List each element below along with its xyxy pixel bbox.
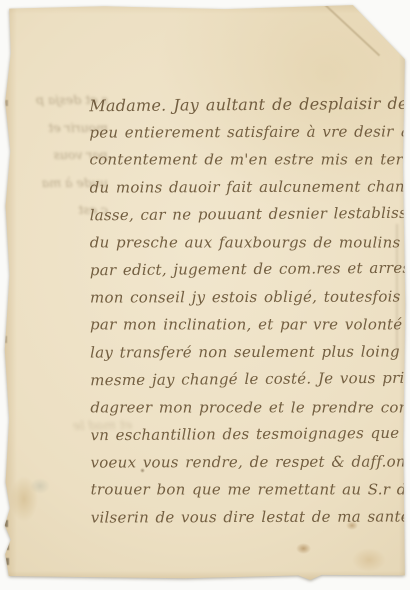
stain-smudge [30, 478, 50, 494]
letter-line: vilserin de vous dire lestat de ma santé [91, 503, 409, 532]
letter-line: mesme jay changé le costé. Je vous prie … [90, 365, 408, 395]
letter-line: dagreer mon procede et le prendre comme [90, 394, 408, 422]
stain-spot [352, 548, 386, 572]
letter-line: mon conseil jy estois obligé, toutesfois… [90, 283, 408, 312]
photo-background: s et desja p mourir et par vous uude à m… [0, 0, 410, 590]
letter-line: du moins dauoir fait aulcunement changer [90, 173, 408, 202]
letter-line: lasse, car ne pouuant desnier lestabliss… [90, 200, 408, 230]
letter-line: Madame. Jay aultant de desplaisir de nau… [89, 90, 407, 120]
edge-notch [4, 558, 9, 565]
letter-line: lay transferé non seulement plus loing q… [90, 338, 408, 367]
letter-line: par mon inclination, et par vre volonté … [90, 311, 408, 339]
edge-notch [4, 520, 8, 527]
edge-notch [4, 336, 7, 343]
letter-line: contentement de m'en estre mis en terme,… [89, 147, 407, 175]
letter-line: vn eschantillion des tesmoignages que ie [90, 420, 408, 450]
letter-line: du presche aux fauxbourgs de moulins pui… [90, 229, 408, 257]
letter-text: Madame. Jay aultant de desplaisir de nau… [89, 90, 409, 531]
edge-notch [5, 542, 9, 550]
letter-line: peu entierement satisfaire à vre desir q… [89, 118, 407, 147]
letter-line: trouuer bon que me remettant au S.r de [91, 476, 409, 504]
letter-line: par edict, jugement de com.res et arrest… [90, 255, 408, 285]
corner-fold-crease [322, 2, 380, 57]
stain-spot [296, 543, 311, 554]
letter-paper: s et desja p mourir et par vous uude à m… [4, 4, 406, 580]
letter-line: voeux vous rendre, de respet & daff.on e… [90, 448, 408, 477]
